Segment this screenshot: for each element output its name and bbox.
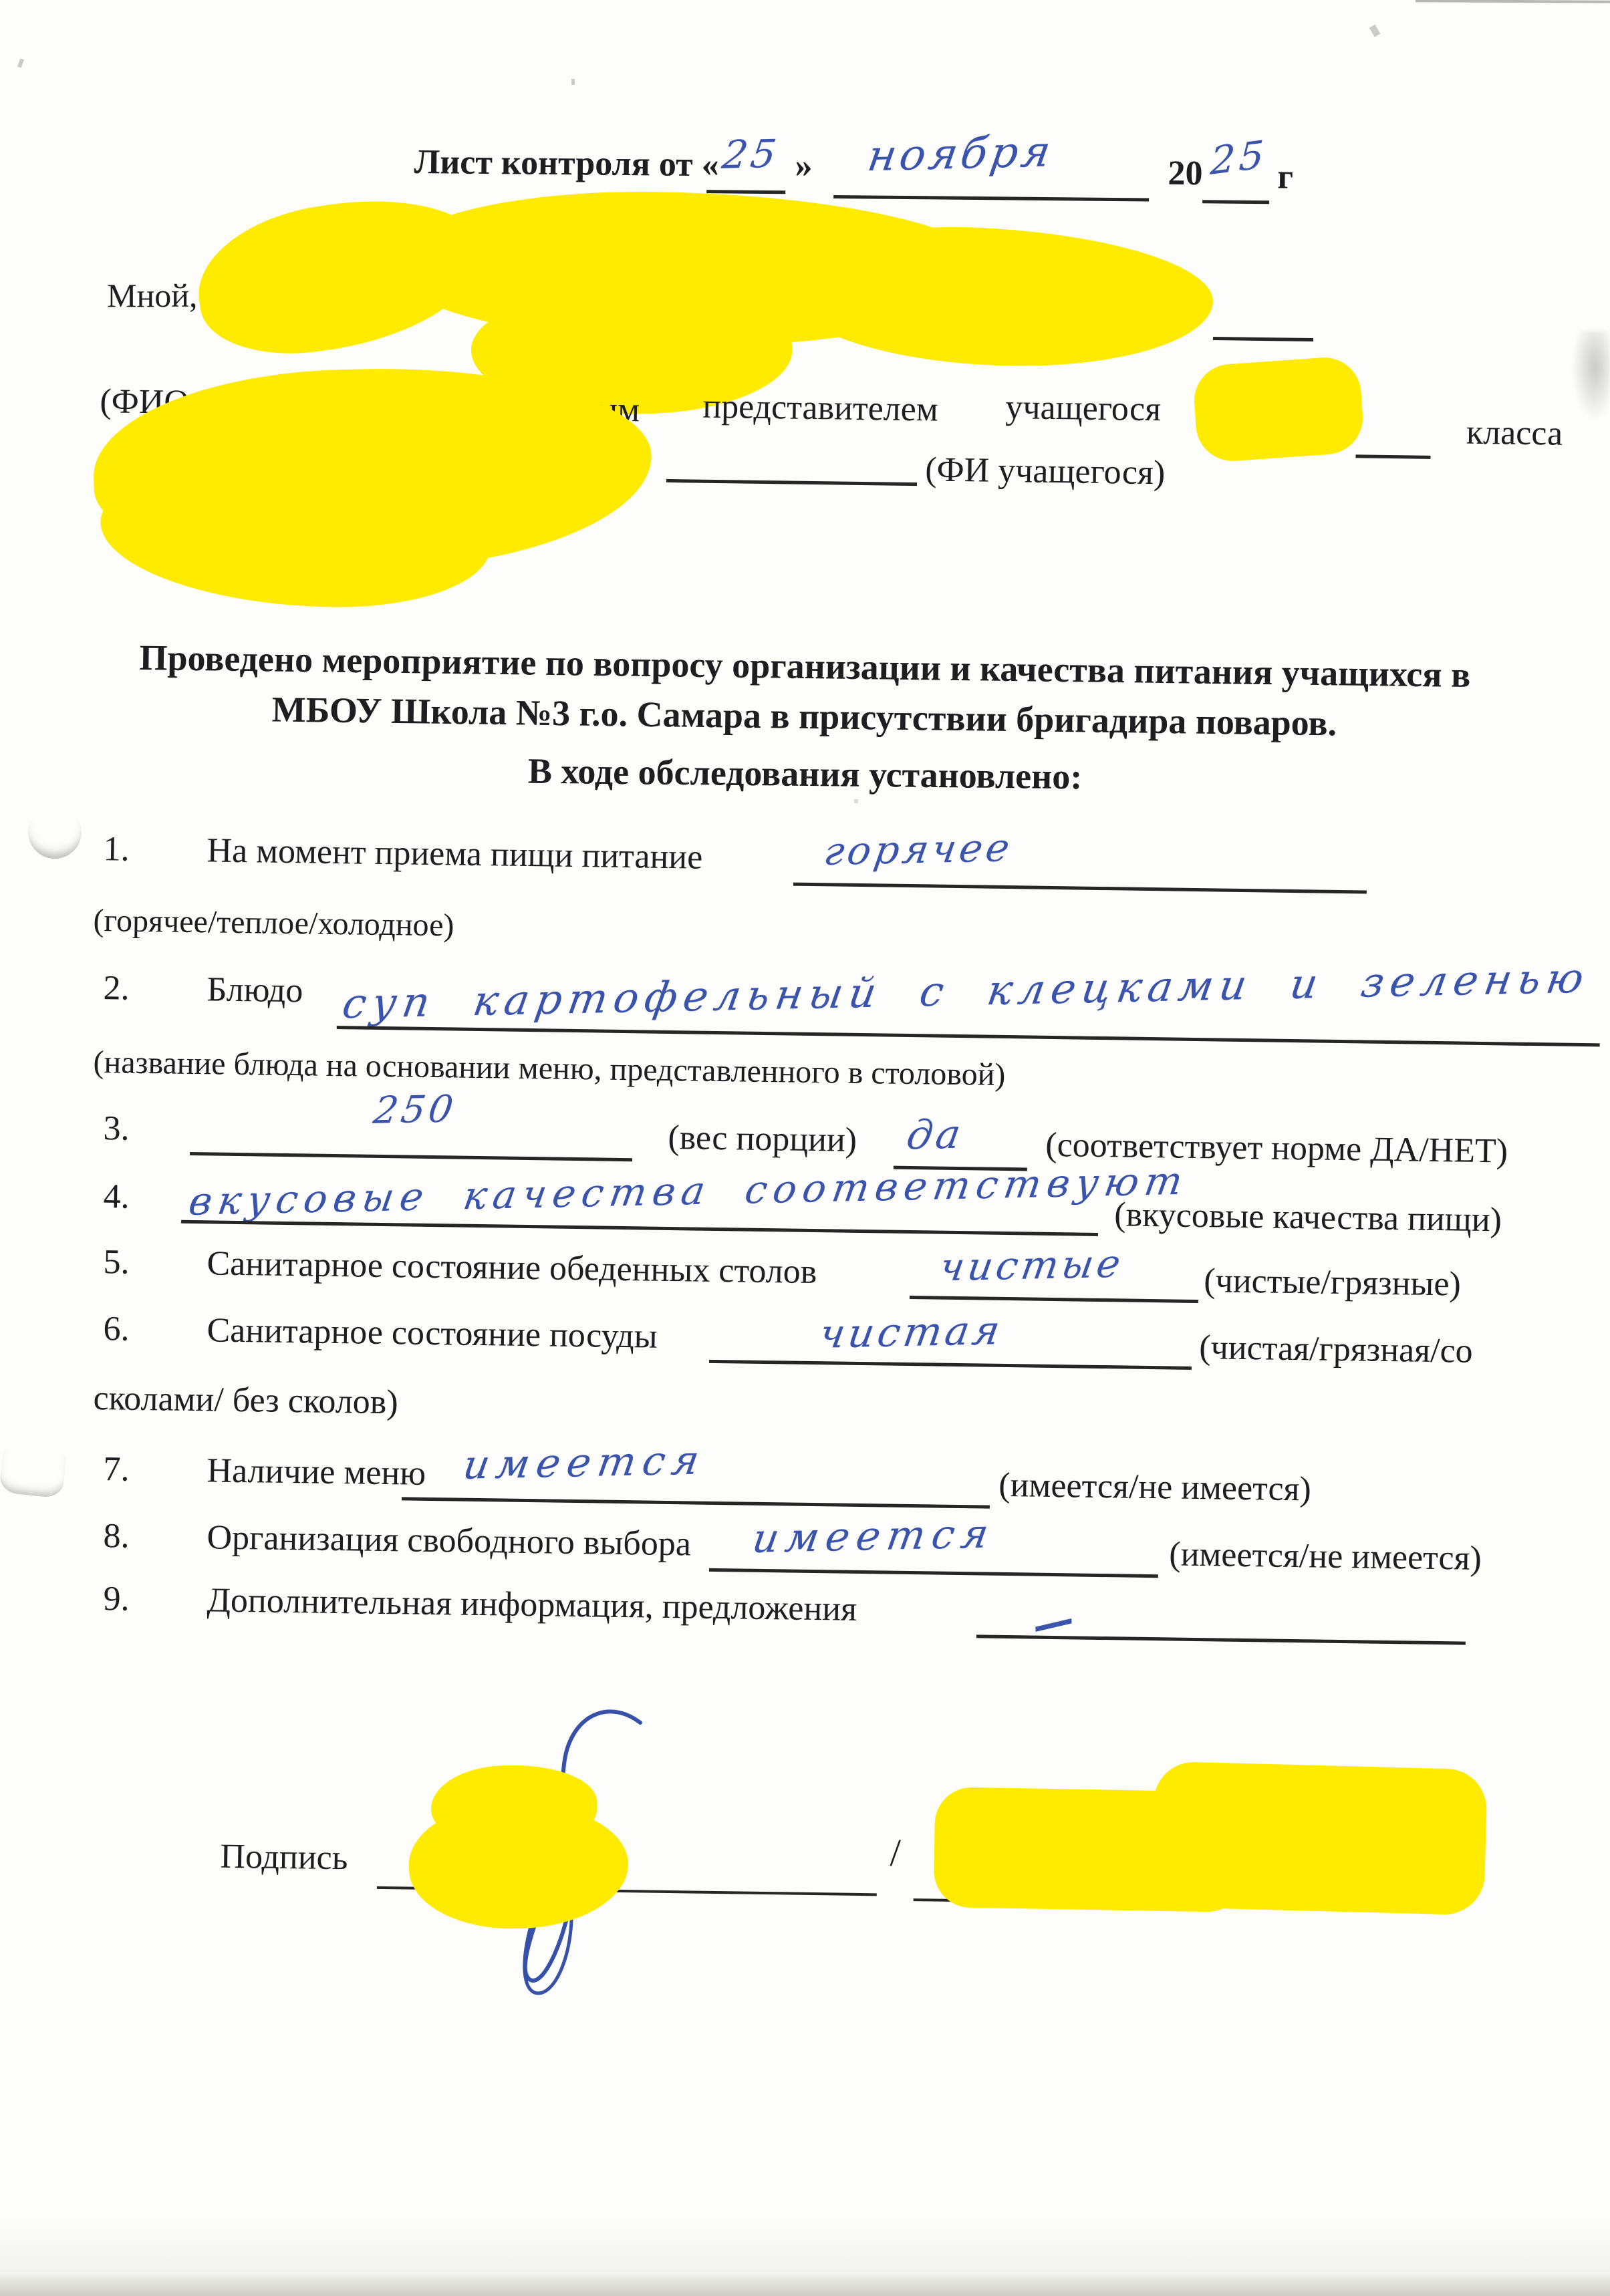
title-year-handwritten: 25 <box>1210 132 1268 184</box>
item-8-number: 8. <box>103 1517 130 1556</box>
item-7-label: (имеется/не имеется) <box>998 1466 1311 1509</box>
intro-mnoy: Мной, <box>107 277 197 314</box>
item-5-handwritten-value: чистые <box>937 1241 1127 1290</box>
scan-edge-line-top <box>1416 0 1610 3</box>
item-6-handwritten-value: чистая <box>816 1307 1006 1357</box>
item-2-number: 2. <box>103 969 130 1008</box>
signature-label: Подпись <box>220 1838 348 1878</box>
title-month-line <box>833 195 1149 202</box>
item-9-handwritten-dash: — <box>1027 1592 1082 1650</box>
item-6-text: Санитарное состояние посуды <box>207 1311 658 1356</box>
subheading-text: В ходе обследования установлено: <box>528 751 1083 797</box>
item-8-handwritten-value: имеется <box>749 1511 998 1562</box>
item-2-line <box>337 1026 1600 1046</box>
item-9-number: 9. <box>103 1580 130 1618</box>
item-7-handwritten-value: имеется <box>460 1437 709 1489</box>
item-1-text: На момент приема пищи питание <box>207 831 703 877</box>
title-day-handwritten: 25 <box>719 131 783 178</box>
title-year-prefix: 20 <box>1168 154 1203 193</box>
item-5-text: Санитарное состояние обеденных столов <box>207 1244 817 1291</box>
item-8-text: Организация свободного выбора <box>207 1518 691 1563</box>
scan-smudge-right <box>1572 331 1610 421</box>
intro-fi-label: (ФИ учащегося) <box>925 450 1166 492</box>
scan-speck <box>854 799 858 803</box>
scan-speck <box>1369 25 1381 37</box>
scan-bottom-edge <box>0 2273 1610 2296</box>
item-1-handwritten-value: горячее <box>821 825 1017 874</box>
item-6-line <box>709 1360 1192 1370</box>
item-7-text: Наличие меню <box>207 1451 426 1493</box>
title-year-line <box>1202 200 1269 204</box>
item-4-label: (вкусовые качества пищи) <box>1114 1195 1502 1239</box>
item-3-number: 3. <box>103 1109 130 1148</box>
redaction-highlight-class <box>1192 355 1365 463</box>
item-4-line <box>181 1220 1098 1236</box>
item-5-line <box>910 1296 1198 1303</box>
title-prefix: Лист контроля от « <box>414 143 719 184</box>
item-6-label: (чистая/грязная/со <box>1199 1328 1473 1371</box>
title-quote-close: » <box>795 146 813 184</box>
scan-speck <box>17 58 24 67</box>
item-3-handwritten-weight: 250 <box>371 1087 460 1132</box>
hole-punch-bottom <box>0 1440 68 1499</box>
item-1-number: 1. <box>103 830 130 869</box>
item-6-number: 6. <box>103 1310 130 1348</box>
redaction-highlight-parent-name <box>787 221 1216 373</box>
item-3-line-1 <box>190 1152 632 1161</box>
item-5-label: (чистые/грязные) <box>1204 1262 1461 1304</box>
item-7-number: 7. <box>103 1450 130 1489</box>
item-2-text: Блюдо <box>207 970 303 1010</box>
event-paragraph: Проведено мероприятие по вопросу организ… <box>39 631 1571 751</box>
item-8-label: (имеется/не имеется) <box>1169 1535 1482 1578</box>
intro-predstavitelem: представителем <box>702 388 938 429</box>
title-day-line <box>706 190 785 194</box>
item-4-number: 4. <box>103 1177 130 1216</box>
item-3-handwritten-yes: да <box>904 1111 967 1159</box>
item-7-line <box>402 1497 990 1508</box>
title-month-handwritten: ноября <box>864 127 1057 181</box>
item-1-line <box>793 883 1367 894</box>
item-9-text: Дополнительная информация, предложения <box>207 1581 857 1628</box>
intro-klassa: класса <box>1466 414 1563 453</box>
intro-uchashchegosya: учащегося <box>1005 388 1161 428</box>
hole-punch-top <box>28 805 82 859</box>
item-6-label-continuation: сколами/ без сколов) <box>93 1379 398 1422</box>
student-name-line <box>666 479 917 486</box>
item-8-line <box>709 1568 1158 1578</box>
scanned-control-sheet: Лист контроля от « 25 » ноября 20 25 г М… <box>0 0 1610 2296</box>
signature-separator: / <box>890 1832 901 1874</box>
title-suffix: г <box>1277 158 1293 196</box>
item-1-hint: (горячее/теплое/холодное) <box>93 903 454 944</box>
item-5-number: 5. <box>103 1243 130 1282</box>
intro-line-1 <box>1213 337 1313 341</box>
subheading: В ходе обследования установлено: <box>39 745 1571 803</box>
redaction-highlight-signer-name <box>1151 1761 1488 1916</box>
item-3-label-weight: (вес порции) <box>668 1119 857 1159</box>
scan-speck <box>571 79 575 85</box>
